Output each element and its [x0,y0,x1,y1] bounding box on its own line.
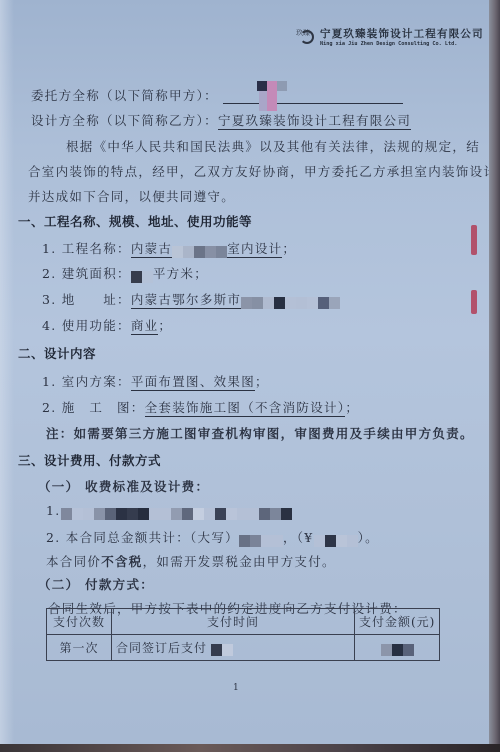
desk-surface [0,744,500,752]
payment-method-title: （二） 付款方式： [38,575,154,593]
column-header: 支付次数 [47,609,112,635]
interior-plan-label: 1. 室内方案： [42,374,131,389]
address-label: 3. 地 址： [42,292,131,307]
company-name-cn: 宁夏玖臻装饰设计工程有限公司 [320,28,484,40]
company-logo-icon: 玖臻 [296,29,316,47]
tax-note: 本合同价不含税，如需开发票税金由甲方支付。 [46,552,336,570]
redaction-mosaic [211,643,233,655]
building-area-line: 2. 建筑面积：平方米； [42,264,208,282]
usage-label: 4. 使用功能： [42,318,131,333]
usage-value: 商业 [131,318,159,335]
column-header: 支付时间 [112,609,355,635]
address-value: 内蒙古鄂尔多斯市 [131,292,241,309]
company-name-en: Ning xia Jiu Zhen Design Consulting Co. … [320,40,484,48]
interior-plan-value: 平面布置图、效果图 [131,374,255,391]
party-a-value [223,103,403,104]
building-area-unit: 平方米 [153,266,194,281]
construction-drawing-value: 全套装饰施工图（不含消防设计） [145,400,346,417]
review-note: 注：如需要第三方施工图审查机构审图，审图费用及手续由甲方负责。 [46,424,474,442]
total-amount-label: 2. 本合同总金额共计：（大写） [46,530,239,545]
project-name-value: 内蒙古室内设计 [131,241,283,258]
payment-table: 支付次数 支付时间 支付金额(元) 第一次 合同签订后支付 [46,608,440,661]
redaction-mosaic [267,81,277,111]
redaction-mosaic [131,269,153,281]
building-area-label: 2. 建筑面积： [42,266,131,281]
redaction-mosaic [61,506,292,518]
party-b-label: 设计方全称（以下简称乙方）： [31,113,218,128]
project-name-label: 1. 工程名称： [42,241,131,256]
party-b-line: 设计方全称（以下简称乙方）：宁夏玖臻装饰设计工程有限公司 [31,111,411,129]
preamble-line-2: 合室内装饰的特点，经甲，乙双方友好协商，甲方委托乙方承担室内装饰设计， [28,162,500,180]
total-amount-line: 2. 本合同总金额共计：（大写），（¥）。 [46,528,379,546]
page-number: 1 [233,683,239,693]
redaction-mosaic [257,81,267,91]
construction-drawing-label: 2. 施 工 图： [42,400,145,415]
redaction-mosaic [172,244,227,256]
party-a-line: 委托方全称（以下简称甲方）： [31,86,403,104]
project-name-line: 1. 工程名称：内蒙古室内设计； [42,239,296,257]
fee-standard-title: （一） 收费标准及设计费： [38,477,209,495]
table-row: 第一次 合同签订后支付 [47,635,440,661]
table-cell: 合同签订后支付 [112,635,355,661]
redaction-mosaic [277,81,287,91]
party-b-value: 宁夏玖臻装饰设计工程有限公司 [218,113,411,130]
preamble-line-3: 并达成如下合同，以便共同遵守。 [28,187,235,205]
fee-item-1-prefix: 1. [46,503,61,518]
interior-plan-line: 1. 室内方案：平面布置图、效果图； [42,372,269,390]
table-cell [355,635,440,661]
table-cell: 第一次 [47,635,112,661]
redaction-mosaic [239,533,283,545]
contract-page: 玖臻 宁夏玖臻装饰设计工程有限公司 Ning xia Jiu Zhen Desi… [0,0,489,744]
letterhead: 玖臻 宁夏玖臻装饰设计工程有限公司 Ning xia Jiu Zhen Desi… [296,28,484,48]
column-header: 支付金额(元) [355,609,440,635]
redaction-mosaic [381,642,414,654]
tax-excluded-label: 不含税 [101,554,142,569]
table-header-row: 支付次数 支付时间 支付金额(元) [47,609,440,635]
fee-item-1: 1. [46,503,292,518]
paper-edge [489,0,500,752]
redaction-mosaic [259,91,267,111]
section-1-title: 一、工程名称、规模、地址、使用功能等 [18,212,252,230]
party-a-label: 委托方全称（以下简称甲方）： [31,88,218,103]
redaction-mosaic [314,533,358,545]
preamble-line-1: 根据《中华人民共和国民法典》以及其他有关法律，法规的规定，结 [66,137,480,155]
usage-line: 4. 使用功能：商业； [42,316,172,334]
seal-stamp-fragment [471,225,477,255]
construction-drawing-line: 2. 施 工 图：全套装饰施工图（不含消防设计）； [42,398,359,416]
address-line: 3. 地 址：内蒙古鄂尔多斯市 [42,290,340,308]
redaction-mosaic [241,295,340,307]
section-3-title: 三、设计费用、付款方式 [18,451,161,469]
section-2-title: 二、设计内容 [18,344,96,362]
seal-stamp-fragment [471,290,477,314]
